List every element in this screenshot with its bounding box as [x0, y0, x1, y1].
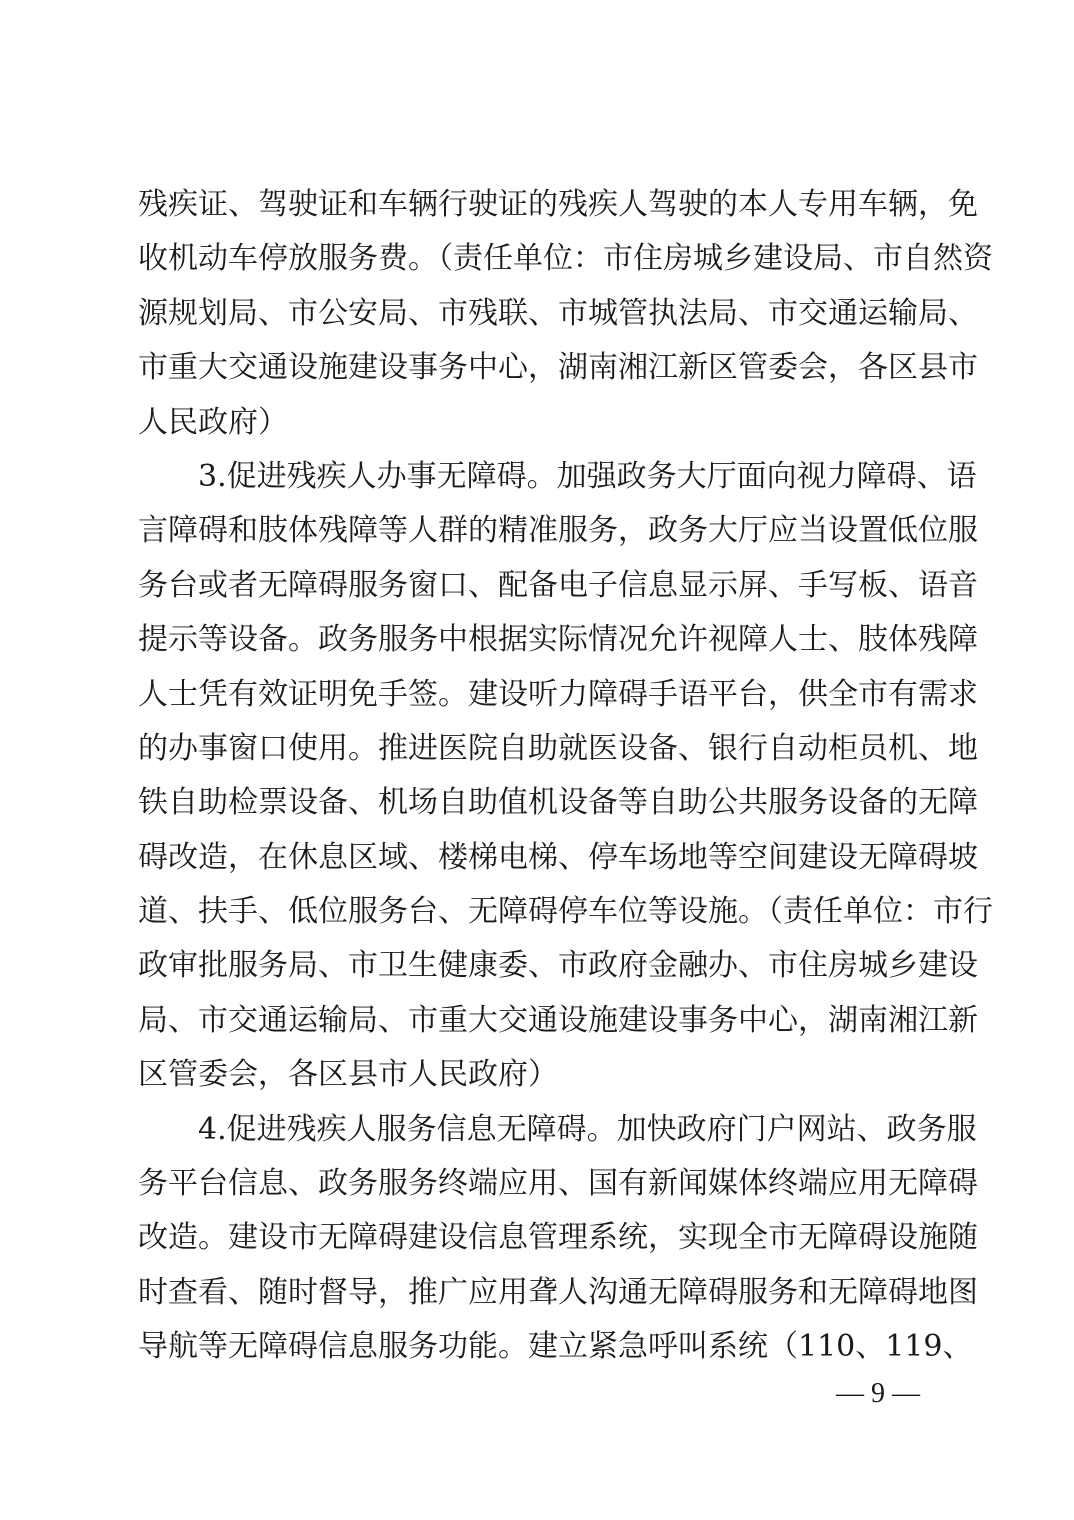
item-4-heading-line: 4.促进残疾人服务信息无障碍。加快政府门户网站、政务服 — [138, 1103, 936, 1157]
text-line: 言障碍和肢体残障等人群的精准服务，政务大厅应当设置低位服 — [138, 504, 936, 558]
text-line: 局、市交通运输局、市重大交通设施建设事务中心，湖南湘江新 — [138, 994, 936, 1048]
text-line: 残疾证、驾驶证和车辆行驶证的残疾人驾驶的本人专用车辆，免 — [138, 178, 936, 232]
text-line: 收机动车停放服务费。（责任单位：市住房城乡建设局、市自然资 — [138, 232, 936, 286]
text-line: 务台或者无障碍服务窗口、配备电子信息显示屏、手写板、语音 — [138, 559, 936, 613]
text-line: 人民政府） — [138, 396, 936, 450]
text-line: 提示等设备。政务服务中根据实际情况允许视障人士、肢体残障 — [138, 613, 936, 667]
page-number: — 9 — — [836, 1378, 916, 1410]
text-line: 市重大交通设施建设事务中心，湖南湘江新区管委会，各区县市 — [138, 341, 936, 395]
text-line: 务平台信息、政务服务终端应用、国有新闻媒体终端应用无障碍 — [138, 1157, 936, 1211]
text-line: 导航等无障碍信息服务功能。建立紧急呼叫系统（110、119、 — [138, 1320, 936, 1374]
text-line: 时查看、随时督导，推广应用聋人沟通无障碍服务和无障碍地图 — [138, 1266, 936, 1320]
text-line: 铁自助检票设备、机场自助值机设备等自助公共服务设备的无障 — [138, 776, 936, 830]
item-3-heading-line: 3.促进残疾人办事无障碍。加强政务大厅面向视力障碍、语 — [138, 450, 936, 504]
document-page: 残疾证、驾驶证和车辆行驶证的残疾人驾驶的本人专用车辆，免 收机动车停放服务费。（… — [0, 0, 1074, 1520]
text-line: 人士凭有效证明免手签。建设听力障碍手语平台，供全市有需求 — [138, 668, 936, 722]
text-line: 政审批服务局、市卫生健康委、市政府金融办、市住房城乡建设 — [138, 939, 936, 993]
text-line: 区管委会，各区县市人民政府） — [138, 1048, 936, 1102]
text-line: 改造。建设市无障碍建设信息管理系统，实现全市无障碍设施随 — [138, 1211, 936, 1265]
text-line: 的办事窗口使用。推进医院自助就医设备、银行自动柜员机、地 — [138, 722, 936, 776]
text-line: 碍改造，在休息区域、楼梯电梯、停车场地等空间建设无障碍坡 — [138, 831, 936, 885]
body-text: 残疾证、驾驶证和车辆行驶证的残疾人驾驶的本人专用车辆，免 收机动车停放服务费。（… — [138, 178, 936, 1375]
text-line: 道、扶手、低位服务台、无障碍停车位等设施。（责任单位：市行 — [138, 885, 936, 939]
text-line: 源规划局、市公安局、市残联、市城管执法局、市交通运输局、 — [138, 287, 936, 341]
